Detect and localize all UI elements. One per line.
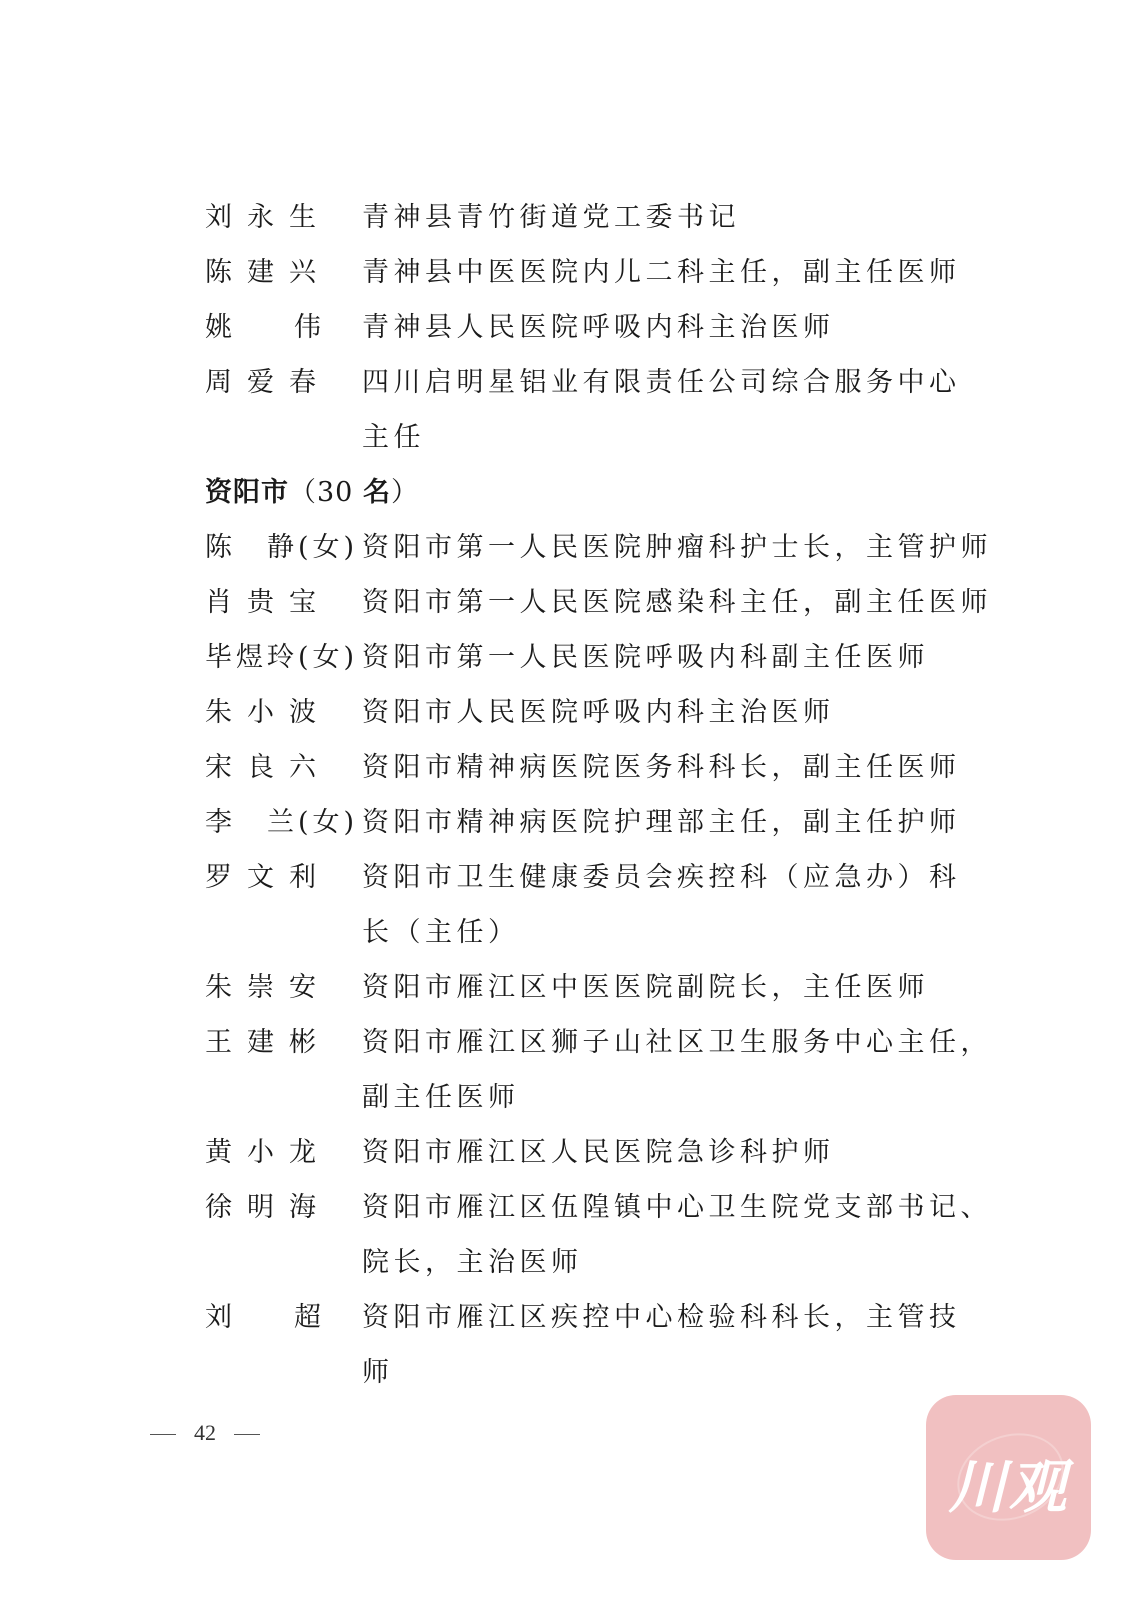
person-name: 陈 静(女) [205, 528, 358, 568]
person-name: 陈建兴 [205, 253, 331, 293]
person-duty: 资阳市雁江区中医医院副院长，主任医师 [362, 968, 929, 1008]
person-name: 宋良六 [205, 748, 331, 788]
person-duty: 资阳市精神病医院医务科科长，副主任医师 [362, 748, 961, 788]
person-duty: 青神县青竹街道党工委书记 [362, 198, 740, 238]
person-name: 周爱春 [205, 363, 331, 403]
person-name: 王建彬 [205, 1023, 331, 1063]
page-footer: 42 [150, 1418, 260, 1449]
section-name: 资阳市 [205, 477, 289, 508]
person-duty-continuation: 院长，主治医师 [362, 1243, 583, 1283]
person-duty: 青神县中医医院内儿二科主任，副主任医师 [362, 253, 961, 293]
person-name: 徐明海 [205, 1188, 331, 1228]
person-duty: 资阳市雁江区伍隍镇中心卫生院党支部书记、 [362, 1188, 992, 1228]
person-name: 黄小龙 [205, 1133, 331, 1173]
person-name: 刘超 [205, 1298, 321, 1338]
person-duty-continuation: 副主任医师 [362, 1078, 520, 1118]
person-duty: 四川启明星铝业有限责任公司综合服务中心 [362, 363, 961, 403]
person-name: 刘永生 [205, 198, 331, 238]
person-duty-continuation: 师 [362, 1353, 394, 1393]
person-duty-continuation: 主任 [362, 418, 425, 458]
person-name: 姚伟 [205, 308, 321, 348]
person-name: 毕煜玲(女) [205, 638, 358, 678]
watermark-logo-icon: 川观 [926, 1395, 1091, 1560]
person-duty: 青神县人民医院呼吸内科主治医师 [362, 308, 835, 348]
person-duty: 资阳市雁江区疾控中心检验科科长，主管技 [362, 1298, 961, 1338]
section-count: （30 名） [289, 477, 419, 508]
person-name: 罗文利 [205, 858, 331, 898]
section-heading: 资阳市（30 名） [205, 473, 419, 513]
person-duty: 资阳市雁江区人民医院急诊科护师 [362, 1133, 835, 1173]
person-duty: 资阳市第一人民医院感染科主任，副主任医师 [362, 583, 992, 623]
person-duty: 资阳市卫生健康委员会疾控科（应急办）科 [362, 858, 961, 898]
document-page: 刘永生 青神县青竹街道党工委书记 陈建兴 青神县中医医院内儿二科主任，副主任医师… [0, 0, 1124, 1600]
person-name: 肖贵宝 [205, 583, 331, 623]
person-duty: 资阳市雁江区狮子山社区卫生服务中心主任， [362, 1023, 992, 1063]
person-duty: 资阳市第一人民医院呼吸内科副主任医师 [362, 638, 929, 678]
person-duty: 资阳市第一人民医院肿瘤科护士长，主管护师 [362, 528, 992, 568]
person-duty-continuation: 长（主任） [362, 913, 520, 953]
footer-dash-right [234, 1434, 260, 1435]
watermark-text: 川观 [926, 1440, 1091, 1524]
person-name: 朱崇安 [205, 968, 331, 1008]
person-duty: 资阳市人民医院呼吸内科主治医师 [362, 693, 835, 733]
page-number: 42 [194, 1418, 216, 1448]
person-duty: 资阳市精神病医院护理部主任，副主任护师 [362, 803, 961, 843]
person-name: 李 兰(女) [205, 803, 358, 843]
person-name: 朱小波 [205, 693, 331, 733]
footer-dash-left [150, 1434, 176, 1435]
